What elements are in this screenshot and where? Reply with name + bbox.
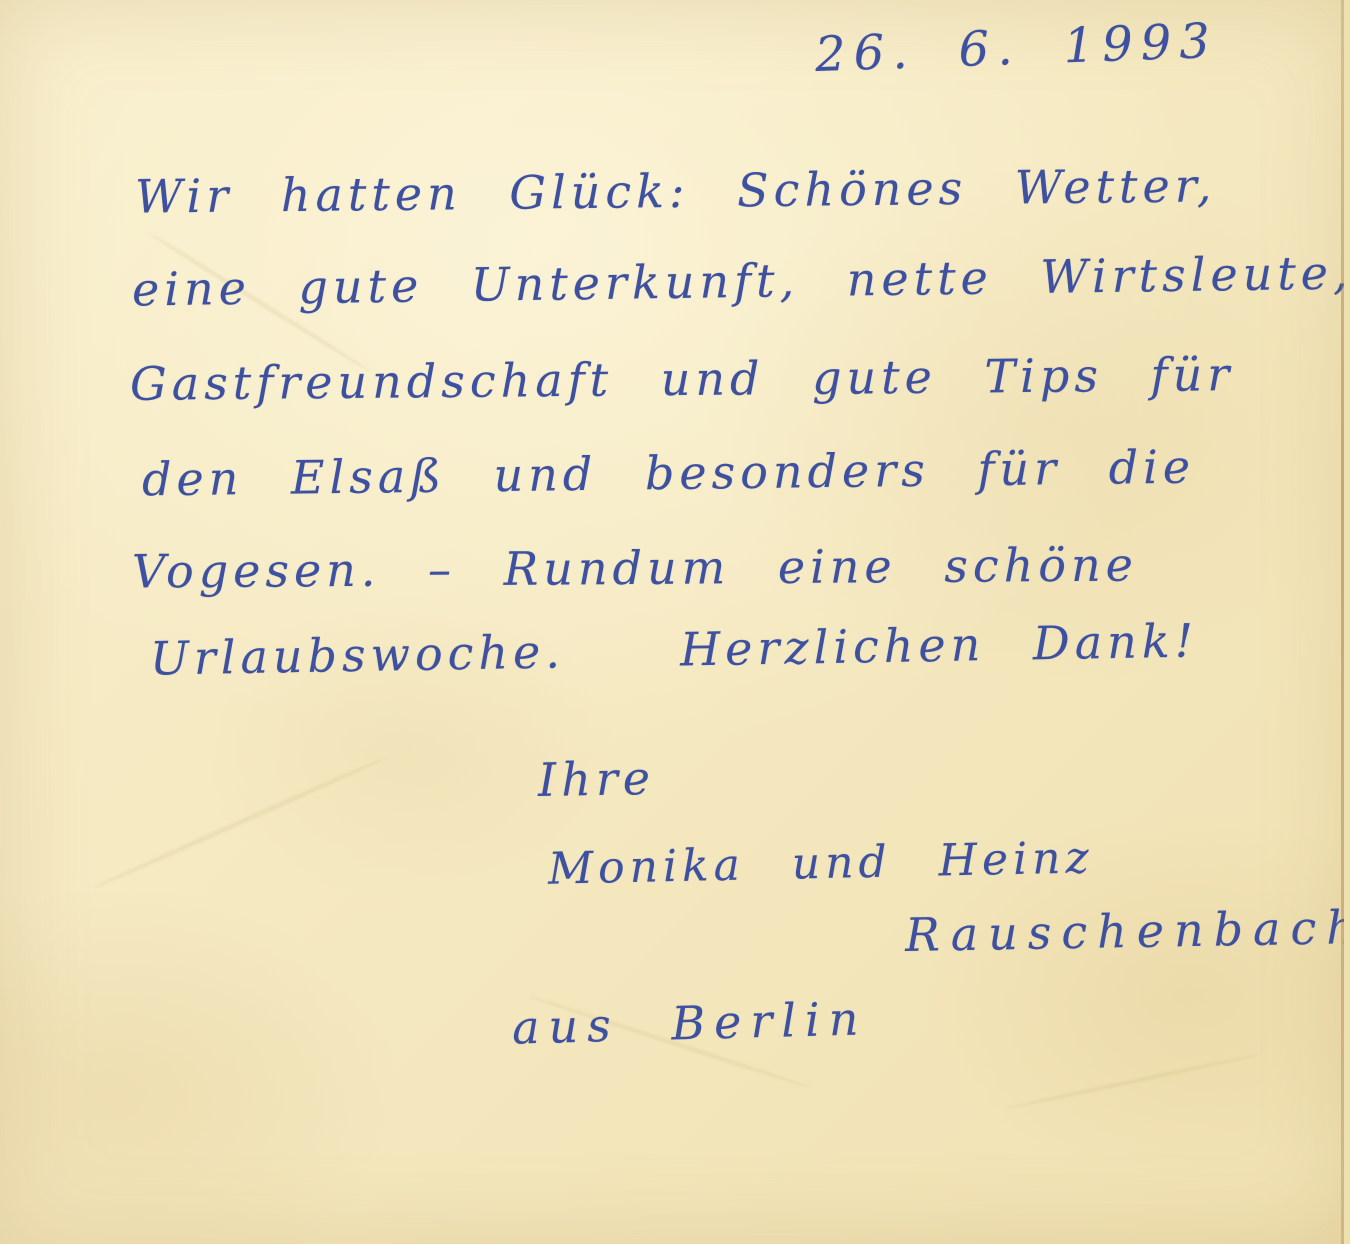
body-line-1: Wir hatten Glück: Schönes Wetter, — [135, 162, 1217, 219]
body-line-6-left: Urlaubswoche. — [150, 628, 566, 681]
page-edge-line — [1341, 0, 1344, 1244]
body-line-4: den Elsaß und besonders für die — [142, 444, 1196, 503]
date: 26. 6. 1993 — [814, 17, 1218, 79]
body-line-3: Gastfreundschaft und gute Tips für — [130, 351, 1235, 407]
guestbook-page: 26. 6. 1993 Wir hatten Glück: Schönes We… — [0, 0, 1350, 1244]
signature-origin: aus Berlin — [511, 995, 867, 1050]
signature-salutation: Ihre — [538, 755, 656, 803]
signature-names: Monika und Heinz — [548, 836, 1094, 891]
body-line-6-right: Herzlichen Dank! — [680, 617, 1199, 672]
paper-crease — [1002, 1053, 1257, 1111]
body-line-5: Vogesen. – Rundum eine schöne — [132, 541, 1138, 594]
signature-surname: Rauschenbach — [905, 904, 1350, 958]
page-edge-band — [1344, 0, 1350, 1244]
paper-crease — [93, 755, 387, 890]
body-line-2: eine gute Unterkunft, nette Wirtsleute, — [132, 249, 1350, 312]
